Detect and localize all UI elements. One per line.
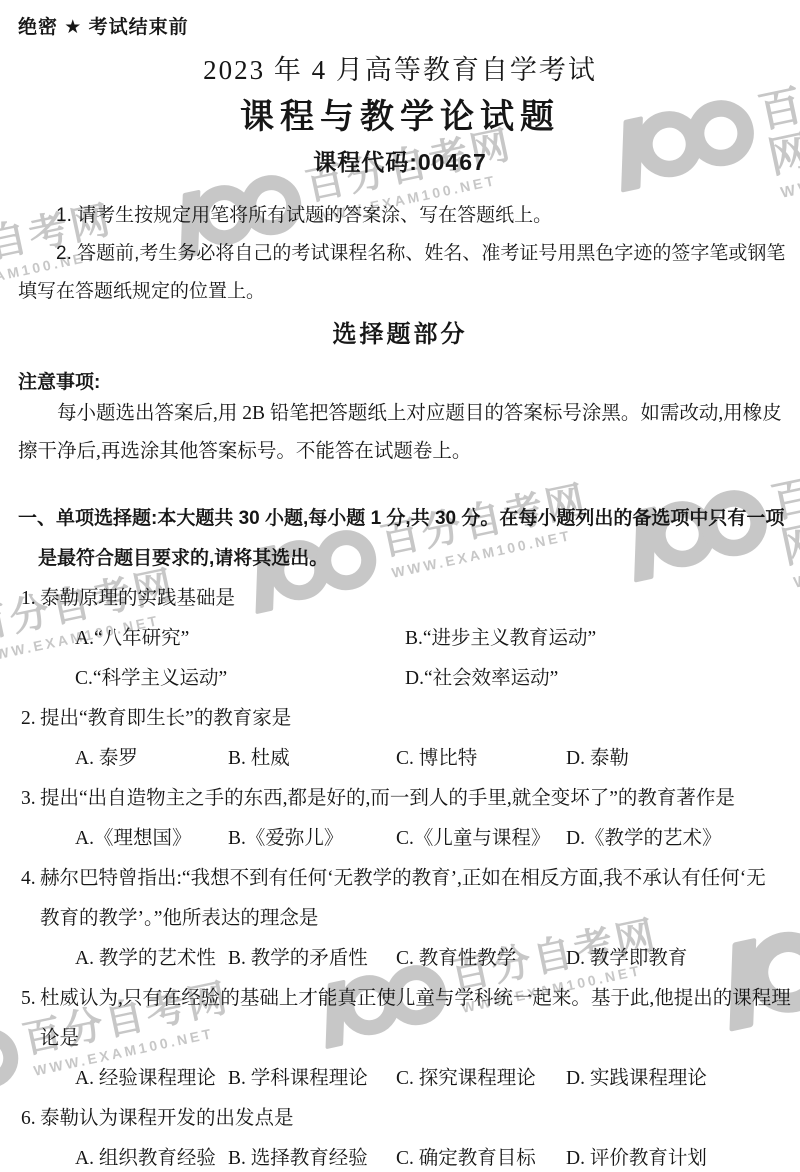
question-3-option-d: D.《教学的艺术》 [566,819,782,859]
notice-line-1: 每小题选出答案后,用 2B 铅笔把答题纸上对应题目的答案标号涂黑。如需改动,用橡… [18,395,782,433]
question-4-option-b: B. 教学的矛盾性 [228,939,396,979]
notice-heading: 注意事项: [18,371,782,395]
question-6-line-1: 泰勒认为课程开发的出发点是 [40,1108,294,1129]
question-3-options: A.《理想国》 B.《爱弥儿》 C.《儿童与课程》 D.《教学的艺术》 [18,819,782,859]
question-1-line-1: 泰勒原理的实践基础是 [40,588,235,609]
question-4-line-1: 赫尔巴特曾指出:“我想不到有任何‘无教学的教育’,正如在相反方面,我不承认有任何… [40,868,766,889]
question-6-option-c: C. 确定教育目标 [396,1139,566,1172]
instruction-item-2-line-2: 填写在答题纸规定的位置上。 [18,273,782,311]
question-1-number: 1. [21,579,40,619]
question-6-text: 6.泰勒认为课程开发的出发点是 [18,1099,782,1139]
question-2-line-1: 提出“教育即生长”的教育家是 [40,708,291,729]
question-2-option-c: C. 博比特 [396,739,566,779]
mcq-intro-line-2: 是最符合题目要求的,请将其选出。 [18,539,782,579]
secrecy-label: 绝密 ★ 考试结束前 [18,16,782,40]
exam-title: 2023 年 4 月高等教育自学考试 [18,53,782,87]
section-title: 选择题部分 [18,319,782,351]
question-1-option-a: A.“八年研究” [75,619,405,659]
question-1-option-c: C.“科学主义运动” [75,659,405,699]
question-3-option-b: B.《爱弥儿》 [228,819,396,859]
question-6-option-d: D. 评价教育计划 [566,1139,782,1172]
question-5-option-b: B. 学科课程理论 [228,1059,396,1099]
mcq-intro-line-1: 一、单项选择题:本大题共 30 小题,每小题 1 分,共 30 分。在每小题列出… [18,499,782,539]
question-1-options-row-2: C.“科学主义运动” D.“社会效率运动” [18,659,782,699]
question-1-option-d: D.“社会效率运动” [405,659,782,699]
question-2-option-d: D. 泰勒 [566,739,782,779]
question-2-number: 2. [21,699,40,739]
question-4-number: 4. [21,859,40,899]
question-5-option-c: C. 探究课程理论 [396,1059,566,1099]
question-4-options: A. 教学的艺术性 B. 教学的矛盾性 C. 教育性教学 D. 教学即教育 [18,939,782,979]
question-2-text: 2.提出“教育即生长”的教育家是 [18,699,782,739]
question-3-text: 3.提出“出自造物主之手的东西,都是好的,而一到人的手里,就全变坏了”的教育著作… [18,779,782,819]
exam-paper-page: 百分自考网WWW.EXAM100.NET 百分自考网WWW.EXAM100.NE… [0,0,800,1172]
page-title: 课程与教学论试题 [18,95,782,139]
question-3-line-1: 提出“出自造物主之手的东西,都是好的,而一到人的手里,就全变坏了”的教育著作是 [40,788,735,809]
paper-content: 绝密 ★ 考试结束前 2023 年 4 月高等教育自学考试 课程与教学论试题 课… [0,0,800,1172]
question-6-option-a: A. 组织教育经验 [75,1139,228,1172]
question-4-text: 4.赫尔巴特曾指出:“我想不到有任何‘无教学的教育’,正如在相反方面,我不承认有… [18,859,782,899]
question-4-text-line-2: 教育的教学’。”他所表达的理念是 [18,899,782,939]
question-5-text-line-2: 论是 [18,1019,782,1059]
notice-line-2: 擦干净后,再选涂其他答案标号。不能答在试题卷上。 [18,433,782,471]
question-6-options: A. 组织教育经验 B. 选择教育经验 C. 确定教育目标 D. 评价教育计划 [18,1139,782,1172]
question-1-text: 1.泰勒原理的实践基础是 [18,579,782,619]
instruction-item-2-line-1: 2. 答题前,考生务必将自己的考试课程名称、姓名、准考证号用黑色字迹的签字笔或钢… [18,235,782,273]
question-1-options-row-1: A.“八年研究” B.“进步主义教育运动” [18,619,782,659]
question-5-number: 5. [21,979,40,1019]
question-5-option-a: A. 经验课程理论 [75,1059,228,1099]
question-4-option-a: A. 教学的艺术性 [75,939,228,979]
question-5-text: 5.杜威认为,只有在经验的基础上才能真正使儿童与学科统一起来。基于此,他提出的课… [18,979,782,1019]
question-3-number: 3. [21,779,40,819]
question-2-option-a: A. 泰罗 [75,739,228,779]
mcq-section: 一、单项选择题:本大题共 30 小题,每小题 1 分,共 30 分。在每小题列出… [18,499,782,1172]
question-6-option-b: B. 选择教育经验 [228,1139,396,1172]
question-5-option-d: D. 实践课程理论 [566,1059,782,1099]
notice: 注意事项: 每小题选出答案后,用 2B 铅笔把答题纸上对应题目的答案标号涂黑。如… [18,371,782,471]
question-3-option-c: C.《儿童与课程》 [396,819,566,859]
course-code: 课程代码:00467 [18,147,782,177]
question-6-number: 6. [21,1099,40,1139]
instructions: 1. 请考生按规定用笔将所有试题的答案涂、写在答题纸上。 2. 答题前,考生务必… [18,197,782,311]
question-4-option-d: D. 教学即教育 [566,939,782,979]
question-5-options: A. 经验课程理论 B. 学科课程理论 C. 探究课程理论 D. 实践课程理论 [18,1059,782,1099]
question-1-option-b: B.“进步主义教育运动” [405,619,782,659]
question-2-option-b: B. 杜威 [228,739,396,779]
instruction-item-1: 1. 请考生按规定用笔将所有试题的答案涂、写在答题纸上。 [18,197,782,235]
question-5-line-1: 杜威认为,只有在经验的基础上才能真正使儿童与学科统一起来。基于此,他提出的课程理 [40,988,791,1009]
question-3-option-a: A.《理想国》 [75,819,228,859]
question-2-options: A. 泰罗 B. 杜威 C. 博比特 D. 泰勒 [18,739,782,779]
question-4-option-c: C. 教育性教学 [396,939,566,979]
